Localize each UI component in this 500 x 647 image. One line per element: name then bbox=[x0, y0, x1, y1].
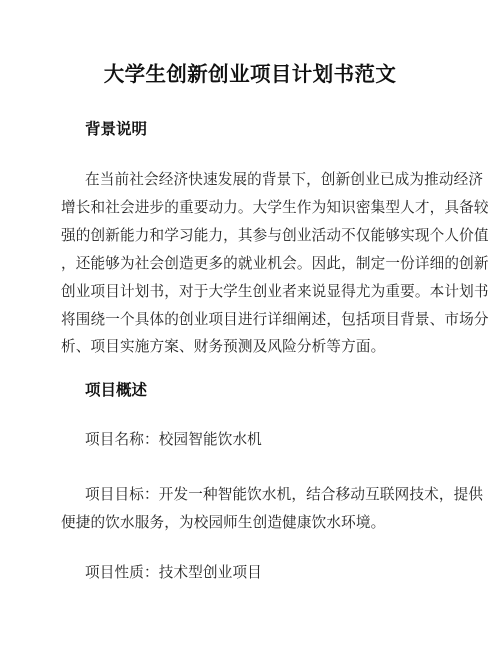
paragraph-line: 将围绕一个具体的创业项目进行详细阐述，包括项目背景、市场分 bbox=[61, 306, 441, 334]
paragraph-line: 创业项目计划书，对于大学生创业者来说显得尤为重要。本计划书 bbox=[61, 278, 441, 306]
document-page: 大学生创新创业项目计划书范文 背景说明 在当前社会经济快速发展的背景下，创新创业… bbox=[0, 0, 500, 647]
project-goal-paragraph: 项目目标：开发一种智能饮水机，结合移动互联网技术，提供 便捷的饮水服务，为校园师… bbox=[61, 481, 441, 537]
paragraph-line: 在当前社会经济快速发展的背景下，创新创业已成为推动经济 bbox=[61, 166, 441, 194]
document-title: 大学生创新创业项目计划书范文 bbox=[0, 60, 500, 88]
paragraph-line: 析、项目实施方案、财务预测及风险分析等方面。 bbox=[61, 333, 441, 361]
paragraph-line: 便捷的饮水服务，为校园师生创造健康饮水环境。 bbox=[61, 509, 441, 537]
section-heading-background: 背景说明 bbox=[85, 118, 147, 140]
project-nature-line: 项目性质：技术型创业项目 bbox=[85, 562, 262, 584]
project-name-line: 项目名称：校园智能饮水机 bbox=[85, 429, 262, 451]
paragraph-line: ，还能够为社会创造更多的就业机会。因此，制定一份详细的创新 bbox=[61, 250, 441, 278]
background-paragraph: 在当前社会经济快速发展的背景下，创新创业已成为推动经济 增长和社会进步的重要动力… bbox=[61, 166, 441, 361]
paragraph-line: 增长和社会进步的重要动力。大学生作为知识密集型人才，具备较 bbox=[61, 194, 441, 222]
paragraph-line: 项目目标：开发一种智能饮水机，结合移动互联网技术，提供 bbox=[61, 481, 441, 509]
section-heading-overview: 项目概述 bbox=[85, 379, 147, 401]
paragraph-line: 强的创新能力和学习能力，其参与创业活动不仅能够实现个人价值 bbox=[61, 222, 441, 250]
